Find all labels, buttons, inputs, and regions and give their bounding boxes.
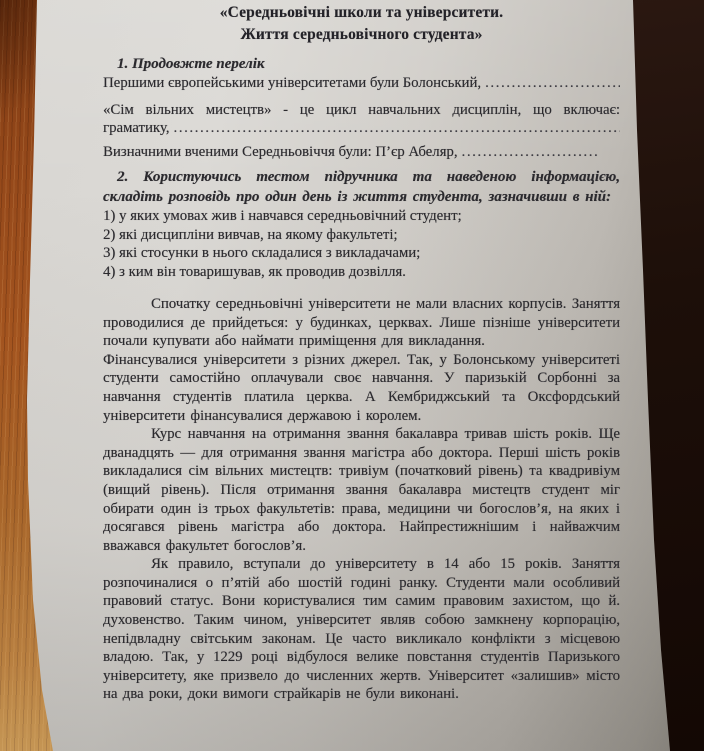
fill-blank-label: Визначними вченими Середньовіччя були: П… xyxy=(103,143,458,162)
dotted-blank: ........................................… xyxy=(173,119,620,138)
task-2-heading: 2. Користуючись тестом підручника та нав… xyxy=(103,168,620,206)
task-2-item-4: 4) з ким він товаришував, як проводив до… xyxy=(103,263,620,282)
dotted-blank: ........................................… xyxy=(485,74,620,93)
title-line-1: «Середньовічні школи та університети. xyxy=(103,2,620,24)
fill-blank-arts-intro: «Сім вільних мистецтв» - це цикл навчаль… xyxy=(103,101,620,120)
fill-blank-grammar: граматику, .............................… xyxy=(103,119,620,138)
fill-blank-scholars: Визначними вченими Середньовіччя були: П… xyxy=(103,143,620,162)
body-paragraph-3: Курс навчання на отримання звання бакала… xyxy=(103,425,620,555)
title-line-2: Життя середньовічного студента» xyxy=(103,24,620,46)
task-2-item-1: 1) у яких умовах жив і навчався середньо… xyxy=(103,207,620,226)
paper-sheet: «Середньовічні школи та університети. Жи… xyxy=(0,0,704,751)
fill-blank-label: Першими європейськими університетами бул… xyxy=(103,74,481,93)
task-2-item-3: 3) які стосунки в нього складалися з вик… xyxy=(103,244,620,263)
worksheet-photo: «Середньовічні школи та університети. Жи… xyxy=(0,0,704,751)
fill-blank-universities: Першими європейськими університетами бул… xyxy=(103,74,620,93)
document-content: «Середньовічні школи та університети. Жи… xyxy=(103,0,620,704)
body-paragraph-2: Фінансувалися університети з різних джер… xyxy=(103,351,620,425)
dotted-blank: .......................... xyxy=(462,143,600,162)
task-2-item-2: 2) які дисципліни вивчав, на якому факул… xyxy=(103,226,620,245)
body-paragraph-1: Спочатку середньовічні університети не м… xyxy=(103,295,620,351)
task-1-heading: 1. Продовжте перелік xyxy=(103,55,620,74)
document-title: «Середньовічні школи та університети. Жи… xyxy=(103,0,620,46)
fill-blank-label: граматику, xyxy=(103,119,169,138)
body-paragraph-4: Як правило, вступали до університету в 1… xyxy=(103,555,620,704)
